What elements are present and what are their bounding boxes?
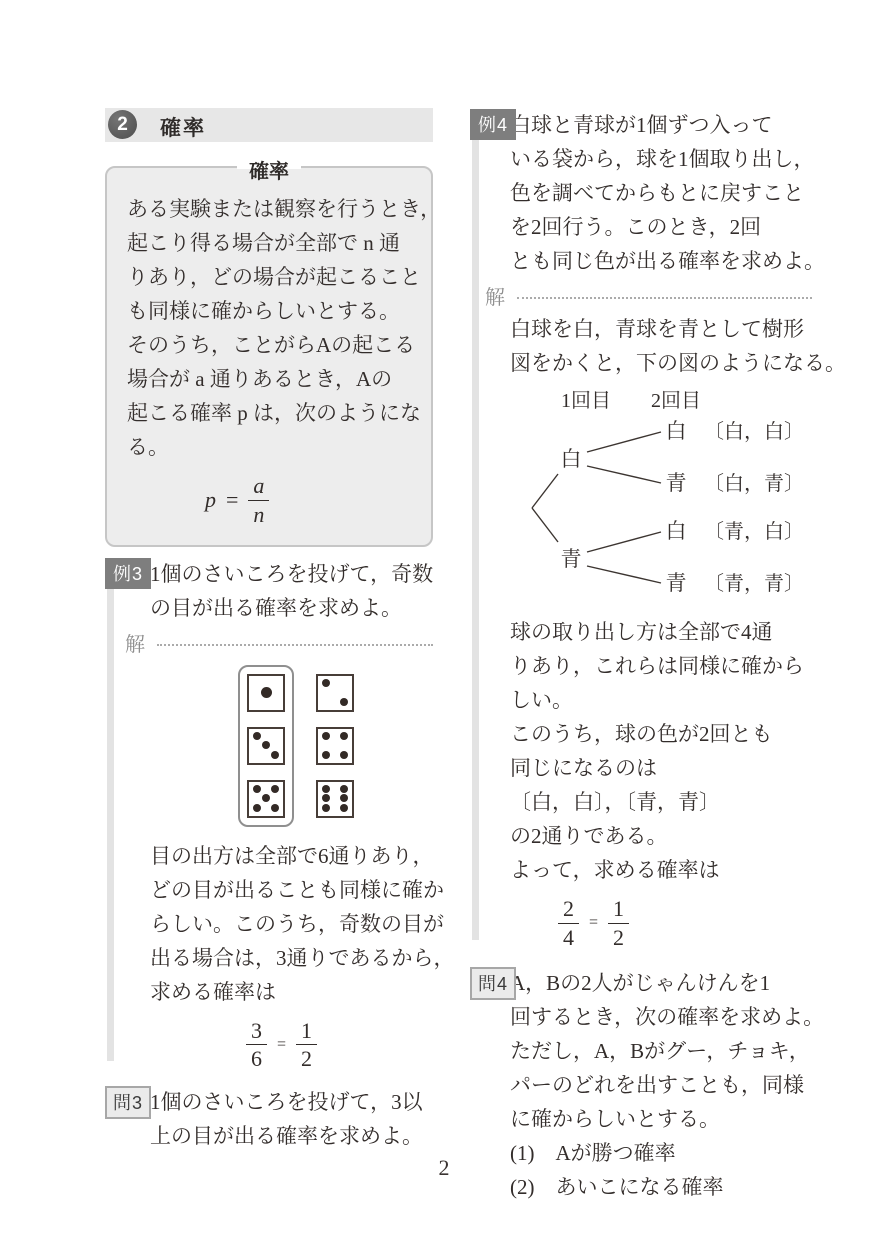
text-line: 色を調べてからもとに戻すこと (510, 176, 812, 210)
text-line: る。 (127, 430, 417, 464)
text-line: このうち，球の色が2回とも (510, 717, 812, 751)
fraction-numerator: 3 (246, 1019, 267, 1046)
pip (321, 750, 330, 759)
fraction-denominator: 2 (296, 1045, 317, 1071)
section-title: 確率 (160, 112, 206, 142)
text-line: 球の取り出し方は全部で4通 (510, 615, 812, 649)
example3-fraction-equation: 3 6 = 1 2 (246, 1019, 433, 1072)
equals-sign: = (277, 1036, 286, 1054)
pip (340, 794, 349, 803)
fraction-numerator: 1 (608, 897, 629, 924)
pip (321, 803, 330, 812)
fraction: 1 2 (296, 1019, 317, 1072)
fraction: 3 6 (246, 1019, 267, 1072)
text-line: 起こる確率 p は，次のようにな (127, 396, 417, 430)
fraction-numerator: 1 (296, 1019, 317, 1046)
text-line: ある実験または観察を行うとき， (127, 192, 417, 226)
text-line: いる袋から，球を1個取り出し， (510, 142, 812, 176)
text-line: りあり，どの場合が起こること (127, 260, 417, 294)
probability-definition-box: 確率 ある実験または観察を行うとき，起こり得る場合が全部で n 通りあり，どの場… (105, 166, 433, 547)
die-2 (316, 674, 354, 712)
pip (252, 785, 261, 794)
example4-fraction-equation: 2 4 = 1 2 (558, 897, 812, 950)
text-line: 起こり得る場合が全部で n 通 (127, 226, 417, 260)
solution-dotted-rule (157, 644, 433, 646)
pip (340, 803, 349, 812)
text-line: も同様に確からしいとする。 (127, 294, 417, 328)
tree-figure: 1回目 2回目 白 青 白 青 白 青 〔白，白〕 〔白，青〕 〔青，白〕 〔青… (524, 386, 812, 609)
die-1 (247, 674, 285, 712)
pip (271, 750, 280, 759)
die-4 (316, 727, 354, 765)
fraction: 1 2 (608, 897, 629, 950)
text-line: 白球を白，青球を青として樹形 (510, 312, 812, 346)
pip (252, 732, 261, 741)
tree-diagram: 1回目 2回目 白 青 白 青 白 青 〔白，白〕 〔白，青〕 〔青，白〕 〔青… (524, 386, 824, 604)
text-line: 同じになるのは (510, 751, 812, 785)
text-line: パーのどれを出すことも，同様 (510, 1068, 812, 1102)
pip (271, 785, 280, 794)
fraction: 2 4 (558, 897, 579, 950)
text-line: りあり，これらは同様に確から (510, 649, 812, 683)
text-line: 目の出方は全部で6通りあり， (150, 839, 433, 873)
text-line: らしい。このうち，奇数の目が (150, 907, 433, 941)
text-line: とも同じ色が出る確率を求めよ。 (510, 244, 812, 278)
pip (261, 688, 270, 697)
formula-lhs: p (205, 487, 216, 513)
pip (340, 785, 349, 794)
section-number-badge: 2 (108, 110, 137, 139)
probability-formula: p = a n (205, 474, 417, 527)
text-line: 上の目が出る確率を求めよ。 (150, 1119, 433, 1153)
problem3-block: 問3 1個のさいころを投げて，3以上の目が出る確率を求めよ。 (105, 1085, 433, 1153)
text-line: (2) あいこになる確率 (510, 1170, 812, 1204)
pip (340, 697, 349, 706)
text-line: を2回行う。このとき，2回 (510, 210, 812, 244)
example3-problem-text: 1個のさいころを投げて，奇数の目が出る確率を求めよ。 (150, 557, 433, 625)
pip (340, 750, 349, 759)
example-side-bar (472, 139, 479, 940)
tree-branch-lines (532, 432, 661, 583)
pip (321, 732, 330, 741)
example3-solution-text: 目の出方は全部で6通りあり，どの目が出ることも同様に確からしい。このうち，奇数の… (150, 839, 433, 1009)
problem3-label: 問3 (105, 1086, 151, 1119)
tree-leaf-blue: 青 (666, 571, 687, 595)
dice-figure (238, 665, 433, 827)
even-dice-column (316, 665, 354, 818)
problem3-text: 1個のさいころを投げて，3以上の目が出る確率を求めよ。 (150, 1085, 433, 1153)
equals-sign: = (589, 914, 598, 932)
solution-header-row: 解 (125, 628, 433, 657)
tree-outcome-wb: 〔白，青〕 (704, 472, 804, 495)
definition-box-title: 確率 (237, 155, 301, 184)
fraction-denominator: 6 (246, 1045, 267, 1071)
example4-block: 例4 白球と青球が1個ずつ入っている袋から，球を1個取り出し，色を調べてからもと… (470, 108, 812, 950)
pip (340, 732, 349, 741)
text-line: 図をかくと，下の図のようになる。 (510, 346, 812, 380)
example4-label: 例4 (470, 109, 516, 140)
text-line: 1個のさいころを投げて，奇数 (150, 557, 433, 591)
text-line: 〔白，白〕，〔青，青〕 (510, 785, 812, 819)
text-line: 白球と青球が1個ずつ入って (510, 108, 812, 142)
pip (261, 794, 270, 803)
problem4-block: 問4 A，Bの2人がじゃんけんを1回するとき，次の確率を求めよ。ただし，A，Bが… (470, 966, 812, 1204)
pip (252, 803, 261, 812)
textbook-page: { "page_number": "2", "section_header": … (0, 0, 874, 1240)
solution-dotted-rule (517, 297, 812, 299)
die-3 (247, 727, 285, 765)
die-6 (316, 780, 354, 818)
text-line: A，Bの2人がじゃんけんを1 (510, 966, 812, 1000)
fraction-numerator: a (248, 474, 269, 501)
text-line: そのうち，ことがらAの起こる (127, 328, 417, 362)
pip (261, 741, 270, 750)
fraction-numerator: 2 (558, 897, 579, 924)
solution-label: 解 (125, 628, 145, 657)
text-line: ただし，A，Bがグー，チョキ， (510, 1034, 812, 1068)
tree-node-blue: 青 (561, 547, 582, 571)
definition-box-text: ある実験または観察を行うとき，起こり得る場合が全部で n 通りあり，どの場合が起… (127, 192, 417, 464)
text-line: 回するとき，次の確率を求めよ。 (510, 1000, 812, 1034)
pip (271, 803, 280, 812)
pip (321, 785, 330, 794)
tree-outcome-bw: 〔青，白〕 (704, 520, 804, 543)
text-line: 1個のさいころを投げて，3以 (150, 1085, 433, 1119)
text-line: どの目が出ることも同様に確か (150, 873, 433, 907)
example3-label: 例3 (105, 558, 151, 589)
problem4-text: A，Bの2人がじゃんけんを1回するとき，次の確率を求めよ。ただし，A，Bがグー，… (510, 966, 812, 1204)
right-column: 例4 白球と青球が1個ずつ入っている袋から，球を1個取り出し，色を調べてからもと… (470, 108, 812, 1204)
text-line: (1) Aが勝つ確率 (510, 1136, 812, 1170)
fraction-denominator: 2 (608, 924, 629, 950)
tree-header-first-draw: 1回目 (561, 390, 611, 412)
pip (321, 679, 330, 688)
text-line: の目が出る確率を求めよ。 (150, 591, 433, 625)
left-column: 2 確率 確率 ある実験または観察を行うとき，起こり得る場合が全部で n 通りあ… (105, 108, 433, 1153)
fraction-denominator: n (248, 501, 269, 527)
example4-solution-intro: 白球を白，青球を青として樹形図をかくと，下の図のようになる。 (510, 312, 812, 380)
text-line: 求める確率は (150, 975, 433, 1009)
example-side-bar (107, 588, 114, 1062)
solution-header-row: 解 (485, 281, 812, 310)
tree-leaf-blue: 青 (666, 471, 687, 495)
tree-leaf-white: 白 (666, 519, 687, 543)
tree-node-white: 白 (561, 447, 582, 471)
text-line: しい。 (510, 683, 812, 717)
problem4-label: 問4 (470, 967, 516, 1000)
text-line: 場合が a 通りあるとき，Aの (127, 362, 417, 396)
example3-block: 例3 1個のさいころを投げて，奇数の目が出る確率を求めよ。 解 目の出方は全部で… (105, 557, 433, 1072)
tree-outcome-ww: 〔白，白〕 (704, 420, 804, 443)
odd-dice-panel (238, 665, 294, 827)
equals-sign: = (226, 487, 238, 513)
text-line: に確からしいとする。 (510, 1102, 812, 1136)
page-number: 2 (404, 1155, 484, 1181)
tree-outcome-bb: 〔青，青〕 (704, 572, 804, 595)
example4-problem-text: 白球と青球が1個ずつ入っている袋から，球を1個取り出し，色を調べてからもとに戻す… (510, 108, 812, 278)
pip (321, 794, 330, 803)
formula-fraction: a n (248, 474, 269, 527)
example4-solution-text: 球の取り出し方は全部で4通りあり，これらは同様に確からしい。このうち，球の色が2… (510, 615, 812, 887)
section-header: 2 確率 (105, 108, 433, 142)
fraction-denominator: 4 (558, 924, 579, 950)
tree-leaf-white: 白 (666, 419, 687, 443)
text-line: 出る場合は，3通りであるから， (150, 941, 433, 975)
tree-header-second-draw: 2回目 (651, 390, 701, 412)
text-line: よって，求める確率は (510, 853, 812, 887)
solution-label: 解 (485, 281, 505, 310)
text-line: の2通りである。 (510, 819, 812, 853)
die-5 (247, 780, 285, 818)
